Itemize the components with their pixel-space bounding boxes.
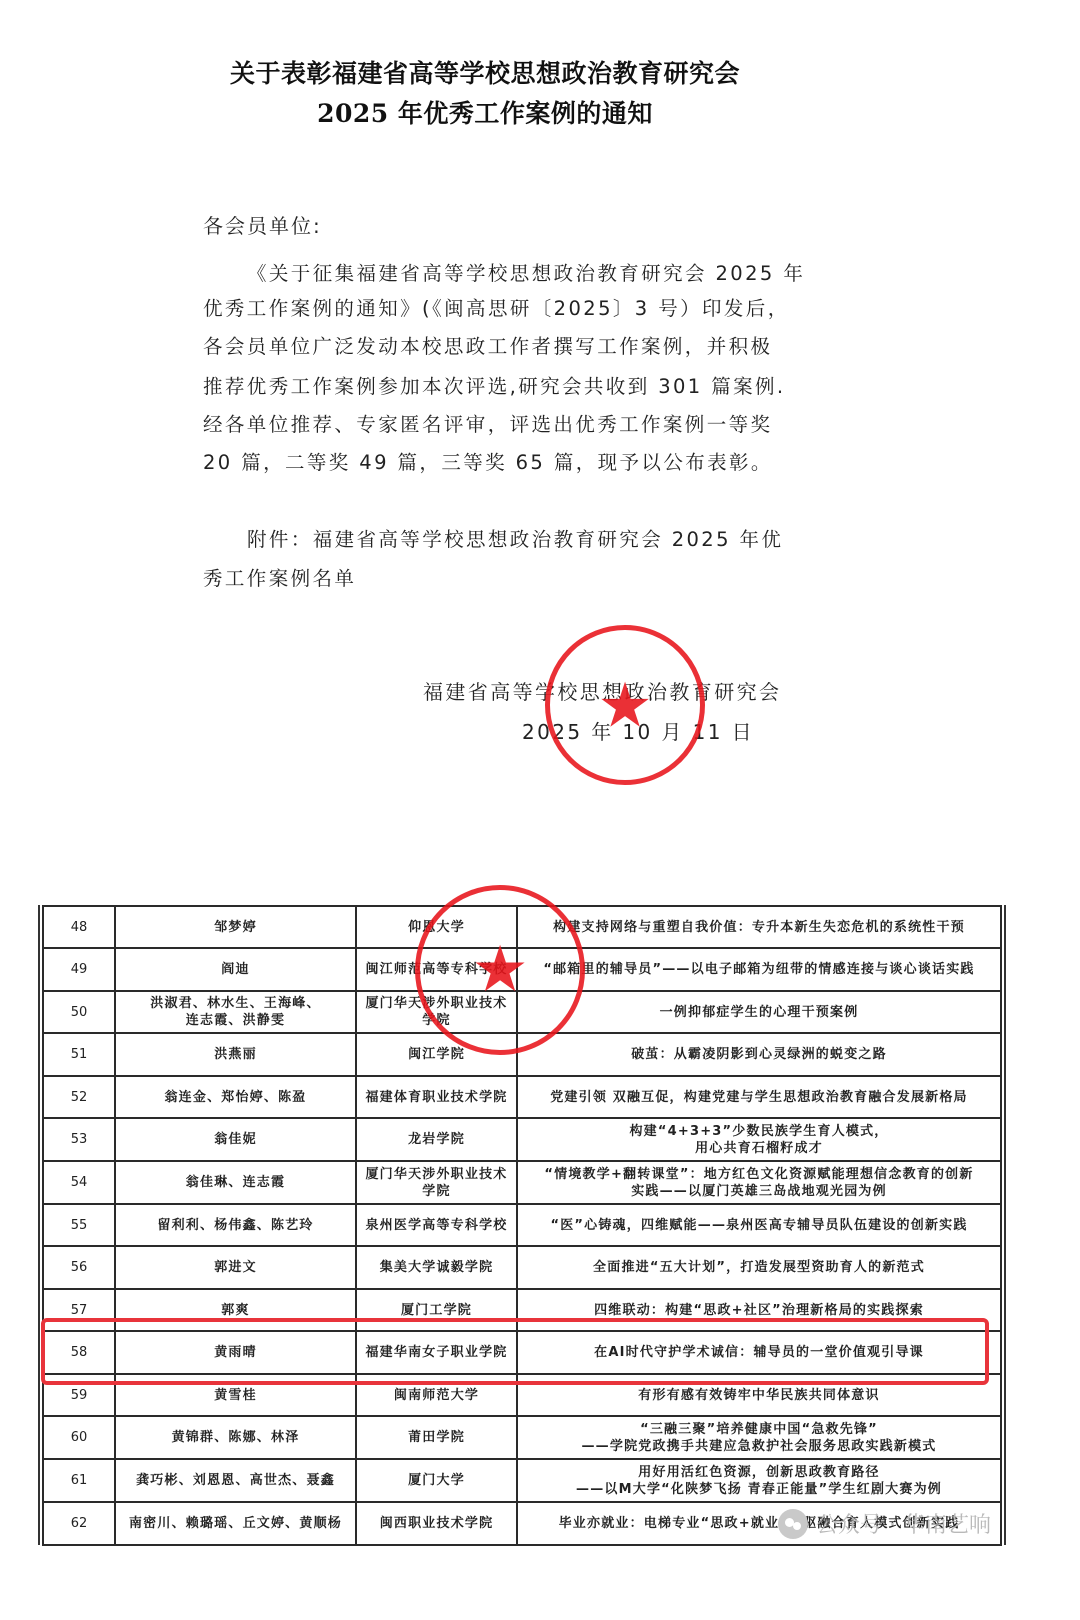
case-title: 全面推进“五大计划”，打造发展型资助育人的新范式 xyxy=(517,1246,1001,1289)
row-number: 58 xyxy=(43,1331,115,1374)
salutation: 各会员单位: xyxy=(203,210,322,239)
paragraph-line: 各会员单位广泛发动本校思政工作者撰写工作案例，并积极 xyxy=(203,331,772,359)
table-row: 60黄锦群、陈娜、林泽莆田学院“三融三聚”培养健康中国“急救先锋” ——学院党政… xyxy=(43,1416,1001,1459)
table-row: 57郭爽厦门工学院四维联动：构建“思政+社区”治理新格局的实践探索 xyxy=(43,1289,1001,1331)
table-row-highlighted: 58黄雨晴福建华南女子职业学院在AI时代守护学术诚信：辅导员的一堂价值观引导课 xyxy=(43,1331,1001,1374)
notice-title-line-2: 2025 年优秀工作案例的通知 xyxy=(0,94,970,130)
author-names: 翁佳琳、连志霞 xyxy=(115,1161,356,1204)
row-number: 59 xyxy=(43,1374,115,1416)
table-row: 50洪淑君、林水生、王海峰、 连志霞、洪静雯厦门华天涉外职业技术 学院一例抑郁症… xyxy=(43,991,1001,1033)
institution-name: 厦门工学院 xyxy=(356,1289,517,1331)
institution-name: 莆田学院 xyxy=(356,1416,517,1459)
paragraph-line: 《关于征集福建省高等学校思想政治教育研究会 2025 年 xyxy=(247,258,805,286)
institution-name: 闽南师范大学 xyxy=(356,1374,517,1416)
case-title: 构建支持网络与重塑自我价值：专升本新生失恋危机的系统性干预 xyxy=(517,906,1001,948)
institution-name: 闽江师范高等专科学校 xyxy=(356,948,517,991)
case-title: 有形有感有效铸牢中华民族共同体意识 xyxy=(517,1374,1001,1416)
institution-name: 闽西职业技术学院 xyxy=(356,1502,517,1545)
author-names: 阎迪 xyxy=(115,948,356,991)
author-names: 黄雪桂 xyxy=(115,1374,356,1416)
row-number: 49 xyxy=(43,948,115,991)
signature-organization: 福建省高等学校思想政治教育研究会 xyxy=(423,676,781,705)
award-case-table: 48邹梦婷仰恩大学构建支持网络与重塑自我价值：专升本新生失恋危机的系统性干预49… xyxy=(42,905,1002,1546)
row-number: 61 xyxy=(43,1459,115,1502)
attachment-line: 秀工作案例名单 xyxy=(203,563,356,591)
watermark-text: 公众号 · 华南艺响 xyxy=(816,1508,991,1539)
author-names: 洪燕丽 xyxy=(115,1033,356,1076)
table-row: 48邹梦婷仰恩大学构建支持网络与重塑自我价值：专升本新生失恋危机的系统性干预 xyxy=(43,906,1001,948)
case-title: 用好用活红色资源，创新思政教育路径 ——以M大学“化陕梦飞扬 青春正能量”学生红… xyxy=(517,1459,1001,1502)
signature-date: 2025 年 10 月 11 日 xyxy=(522,716,754,745)
row-number: 62 xyxy=(43,1502,115,1545)
page-edge-left xyxy=(38,905,40,1545)
institution-name: 福建华南女子职业学院 xyxy=(356,1331,517,1374)
notice-page: 关于表彰福建省高等学校思想政治教育研究会 2025 年优秀工作案例的通知 各会员… xyxy=(0,0,1080,840)
paragraph-line: 经各单位推荐、专家匿名评审，评选出优秀工作案例一等奖 xyxy=(203,409,772,437)
watermark: 公众号 · 华南艺响 xyxy=(778,1508,991,1539)
table-row: 53翁佳妮龙岩学院构建“4+3+3”少数民族学生育人模式， 用心共育石榴籽成才 xyxy=(43,1118,1001,1161)
row-number: 52 xyxy=(43,1076,115,1118)
row-number: 57 xyxy=(43,1289,115,1331)
institution-name: 龙岩学院 xyxy=(356,1118,517,1161)
row-number: 56 xyxy=(43,1246,115,1289)
attachment-line: 附件：福建省高等学校思想政治教育研究会 2025 年优 xyxy=(247,524,783,552)
institution-name: 厦门大学 xyxy=(356,1459,517,1502)
case-title: 在AI时代守护学术诚信：辅导员的一堂价值观引导课 xyxy=(517,1331,1001,1374)
row-number: 51 xyxy=(43,1033,115,1076)
case-title: 破茧：从霸凌阴影到心灵绿洲的蜕变之路 xyxy=(517,1033,1001,1076)
case-title: “情境教学+翻转课堂”：地方红色文化资源赋能理想信念教育的创新 实践——以厦门英… xyxy=(517,1161,1001,1204)
table-row: 59黄雪桂闽南师范大学有形有感有效铸牢中华民族共同体意识 xyxy=(43,1374,1001,1416)
institution-name: 集美大学诚毅学院 xyxy=(356,1246,517,1289)
case-title: 党建引领 双融互促，构建党建与学生思想政治教育融合发展新格局 xyxy=(517,1076,1001,1118)
paragraph-line: 优秀工作案例的通知》(《闽高思研〔2025〕3 号）印发后， xyxy=(203,293,790,321)
table-row: 54翁佳琳、连志霞厦门华天涉外职业技术 学院“情境教学+翻转课堂”：地方红色文化… xyxy=(43,1161,1001,1204)
institution-name: 闽江学院 xyxy=(356,1033,517,1076)
wechat-official-account-icon xyxy=(778,1509,808,1539)
row-number: 60 xyxy=(43,1416,115,1459)
page-edge-right xyxy=(1004,905,1006,1545)
case-title: “三融三聚”培养健康中国“急救先锋” ——学院党政携手共建应急救护社会服务思政实… xyxy=(517,1416,1001,1459)
institution-name: 泉州医学高等专科学校 xyxy=(356,1204,517,1246)
institution-name: 福建体育职业技术学院 xyxy=(356,1076,517,1118)
author-names: 留利利、杨伟鑫、陈艺玲 xyxy=(115,1204,356,1246)
case-title: “邮箱里的辅导员”——以电子邮箱为纽带的情感连接与谈心谈话实践 xyxy=(517,948,1001,991)
author-names: 翁连金、郑怡婷、陈盈 xyxy=(115,1076,356,1118)
table-row: 55留利利、杨伟鑫、陈艺玲泉州医学高等专科学校“医”心铸魂，四维赋能——泉州医高… xyxy=(43,1204,1001,1246)
case-title: 一例抑郁症学生的心理干预案例 xyxy=(517,991,1001,1033)
notice-title-line-1: 关于表彰福建省高等学校思想政治教育研究会 xyxy=(0,54,970,90)
table-row: 52翁连金、郑怡婷、陈盈福建体育职业技术学院党建引领 双融互促，构建党建与学生思… xyxy=(43,1076,1001,1118)
official-seal-icon: ★ xyxy=(545,625,705,785)
author-names: 翁佳妮 xyxy=(115,1118,356,1161)
table-row: 51洪燕丽闽江学院破茧：从霸凌阴影到心灵绿洲的蜕变之路 xyxy=(43,1033,1001,1076)
table-row: 56郭进文集美大学诚毅学院全面推进“五大计划”，打造发展型资助育人的新范式 xyxy=(43,1246,1001,1289)
author-names: 黄雨晴 xyxy=(115,1331,356,1374)
case-title: 构建“4+3+3”少数民族学生育人模式， 用心共育石榴籽成才 xyxy=(517,1118,1001,1161)
table-row: 49阎迪闽江师范高等专科学校“邮箱里的辅导员”——以电子邮箱为纽带的情感连接与谈… xyxy=(43,948,1001,991)
table-row: 61龚巧彬、刘恩恩、高世杰、聂鑫厦门大学用好用活红色资源，创新思政教育路径 ——… xyxy=(43,1459,1001,1502)
author-names: 黄锦群、陈娜、林泽 xyxy=(115,1416,356,1459)
author-names: 郭进文 xyxy=(115,1246,356,1289)
paragraph-line: 20 篇，二等奖 49 篇，三等奖 65 篇，现予以公布表彰。 xyxy=(203,447,773,475)
paragraph-line: 推荐优秀工作案例参加本次评选,研究会共收到 301 篇案例. xyxy=(203,371,786,399)
row-number: 48 xyxy=(43,906,115,948)
case-title: “医”心铸魂，四维赋能——泉州医高专辅导员队伍建设的创新实践 xyxy=(517,1204,1001,1246)
row-number: 54 xyxy=(43,1161,115,1204)
row-number: 55 xyxy=(43,1204,115,1246)
row-number: 53 xyxy=(43,1118,115,1161)
institution-name: 厦门华天涉外职业技术 学院 xyxy=(356,991,517,1033)
author-names: 邹梦婷 xyxy=(115,906,356,948)
case-title: 四维联动：构建“思政+社区”治理新格局的实践探索 xyxy=(517,1289,1001,1331)
author-names: 南密川、赖璐瑶、丘文婷、黄顺杨 xyxy=(115,1502,356,1545)
author-names: 龚巧彬、刘恩恩、高世杰、聂鑫 xyxy=(115,1459,356,1502)
row-number: 50 xyxy=(43,991,115,1033)
author-names: 郭爽 xyxy=(115,1289,356,1331)
institution-name: 仰恩大学 xyxy=(356,906,517,948)
author-names: 洪淑君、林水生、王海峰、 连志霞、洪静雯 xyxy=(115,991,356,1033)
institution-name: 厦门华天涉外职业技术 学院 xyxy=(356,1161,517,1204)
